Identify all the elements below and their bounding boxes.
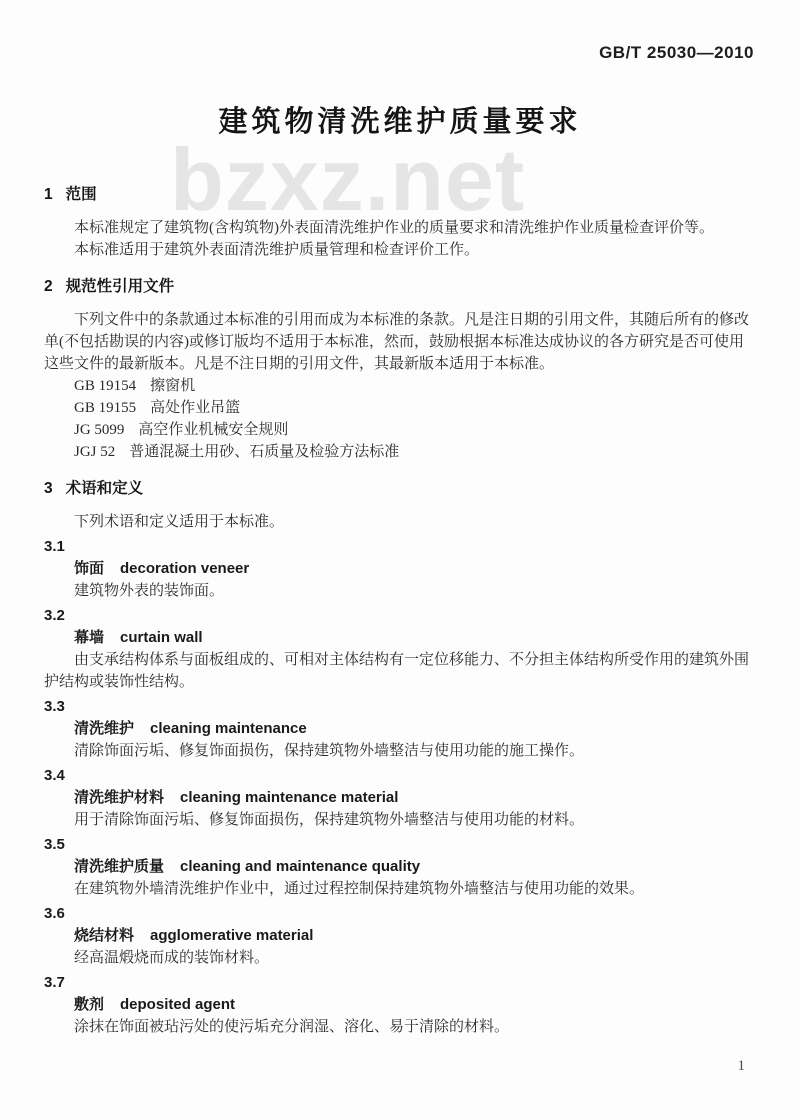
paragraph: 下列文件中的条款通过本标准的引用而成为本标准的条款。凡是注日期的引用文件，其随后… — [44, 309, 756, 375]
term-name-zh: 清洗维护质量 — [74, 858, 164, 875]
term-number: 3.3 — [44, 696, 756, 718]
term-name: 清洗维护cleaning maintenance — [44, 718, 756, 740]
reference-item: GB 19154擦窗机 — [44, 375, 756, 397]
scanned-standard-page: { "page": { "standard_code": "GB/T 25030… — [0, 0, 800, 1120]
term-name-en: decoration veneer — [120, 560, 249, 577]
reference-code: GB 19155 — [74, 400, 136, 416]
term-name-en: cleaning maintenance — [150, 720, 307, 737]
term-name-zh: 敷剂 — [74, 996, 104, 1013]
page-number: 1 — [738, 1059, 746, 1074]
standard-code: GB/T 25030—2010 — [599, 43, 754, 62]
section-heading: 2规范性引用文件 — [44, 276, 756, 298]
term-name-zh: 幕墙 — [74, 629, 104, 646]
term-entry: 3.3 清洗维护cleaning maintenance 清除饰面污垢、修复饰面… — [44, 696, 756, 762]
term-number: 3.4 — [44, 765, 756, 787]
section-normative-references: 2规范性引用文件 下列文件中的条款通过本标准的引用而成为本标准的条款。凡是注日期… — [44, 276, 756, 463]
reference-list: GB 19154擦窗机 GB 19155高处作业吊篮 JG 5099高空作业机械… — [44, 375, 756, 463]
term-definition: 经高温煅烧而成的装饰材料。 — [44, 947, 756, 969]
section-heading: 1范围 — [44, 184, 756, 206]
reference-code: JG 5099 — [74, 422, 124, 438]
term-name-zh: 饰面 — [74, 560, 104, 577]
term-definition: 在建筑物外墙清洗维护作业中，通过过程控制保持建筑物外墙整洁与使用功能的效果。 — [44, 878, 756, 900]
term-definition: 清除饰面污垢、修复饰面损伤，保持建筑物外墙整洁与使用功能的施工操作。 — [44, 740, 756, 762]
paragraph: 下列术语和定义适用于本标准。 — [44, 511, 756, 533]
section-title: 术语和定义 — [66, 480, 144, 497]
term-entry: 3.5 清洗维护质量cleaning and maintenance quali… — [44, 834, 756, 900]
paragraph: 本标准适用于建筑外表面清洗维护质量管理和检查评价工作。 — [44, 239, 756, 261]
term-name: 幕墙curtain wall — [44, 627, 756, 649]
term-entry: 3.1 饰面decoration veneer 建筑物外表的装饰面。 — [44, 536, 756, 602]
term-number: 3.5 — [44, 834, 756, 856]
paragraph: 本标准规定了建筑物(含构筑物)外表面清洗维护作业的质量要求和清洗维护作业质量检查… — [44, 217, 756, 239]
term-name: 清洗维护质量cleaning and maintenance quality — [44, 856, 756, 878]
term-name-en: cleaning maintenance material — [180, 789, 398, 806]
term-entry: 3.4 清洗维护材料cleaning maintenance material … — [44, 765, 756, 831]
document-title: 建筑物清洗维护质量要求 — [0, 105, 800, 140]
reference-item: GB 19155高处作业吊篮 — [44, 397, 756, 419]
term-definition: 用于清除饰面污垢、修复饰面损伤，保持建筑物外墙整洁与使用功能的材料。 — [44, 809, 756, 831]
section-scope: 1范围 本标准规定了建筑物(含构筑物)外表面清洗维护作业的质量要求和清洗维护作业… — [44, 184, 756, 261]
term-number: 3.2 — [44, 605, 756, 627]
term-name-zh: 清洗维护材料 — [74, 789, 164, 806]
reference-title: 高处作业吊篮 — [150, 400, 240, 416]
reference-item: JG 5099高空作业机械安全规则 — [44, 419, 756, 441]
term-definition: 涂抹在饰面被玷污处的使污垢充分润湿、溶化、易于清除的材料。 — [44, 1016, 756, 1038]
term-definition: 由支承结构体系与面板组成的、可相对主体结构有一定位移能力、不分担主体结构所受作用… — [44, 649, 756, 693]
term-name: 清洗维护材料cleaning maintenance material — [44, 787, 756, 809]
term-name-zh: 清洗维护 — [74, 720, 134, 737]
section-title: 范围 — [66, 186, 97, 203]
term-name-en: agglomerative material — [150, 927, 313, 944]
term-definition: 建筑物外表的装饰面。 — [44, 580, 756, 602]
reference-title: 擦窗机 — [150, 378, 195, 394]
term-number: 3.1 — [44, 536, 756, 558]
reference-title: 高空作业机械安全规则 — [138, 422, 288, 438]
section-terms-definitions: 3术语和定义 下列术语和定义适用于本标准。 3.1 饰面decoration v… — [44, 478, 756, 1038]
section-heading: 3术语和定义 — [44, 478, 756, 500]
term-entry: 3.2 幕墙curtain wall 由支承结构体系与面板组成的、可相对主体结构… — [44, 605, 756, 693]
term-name-en: cleaning and maintenance quality — [180, 858, 420, 875]
section-title: 规范性引用文件 — [66, 278, 175, 295]
reference-code: GB 19154 — [74, 378, 136, 394]
term-name: 敷剂deposited agent — [44, 994, 756, 1016]
term-name-en: curtain wall — [120, 629, 203, 646]
reference-title: 普通混凝土用砂、石质量及检验方法标准 — [129, 444, 399, 460]
term-name: 烧结材料agglomerative material — [44, 925, 756, 947]
section-number: 3 — [44, 480, 53, 497]
document-body: 1范围 本标准规定了建筑物(含构筑物)外表面清洗维护作业的质量要求和清洗维护作业… — [0, 184, 800, 1038]
term-number: 3.6 — [44, 903, 756, 925]
section-number: 1 — [44, 186, 53, 203]
term-name-zh: 烧结材料 — [74, 927, 134, 944]
term-number: 3.7 — [44, 972, 756, 994]
section-number: 2 — [44, 278, 53, 295]
term-name-en: deposited agent — [120, 996, 235, 1013]
reference-code: JGJ 52 — [74, 444, 115, 460]
term-name: 饰面decoration veneer — [44, 558, 756, 580]
term-entry: 3.6 烧结材料agglomerative material 经高温煅烧而成的装… — [44, 903, 756, 969]
term-entry: 3.7 敷剂deposited agent 涂抹在饰面被玷污处的使污垢充分润湿、… — [44, 972, 756, 1038]
reference-item: JGJ 52普通混凝土用砂、石质量及检验方法标准 — [44, 441, 756, 463]
page-header: GB/T 25030—2010 — [0, 0, 800, 63]
